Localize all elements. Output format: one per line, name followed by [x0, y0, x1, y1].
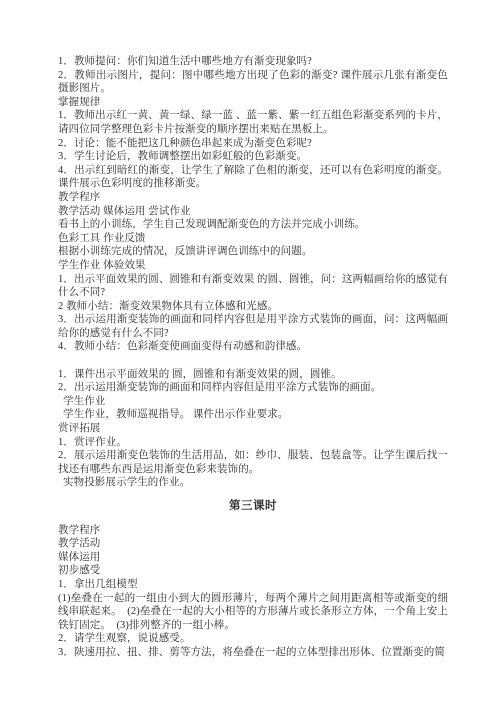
paragraph: (1)垒叠在一起的一组由小到大的圆形薄片，每两个薄片之间用距离相等或渐变的细线串…: [58, 592, 448, 633]
section-label: 色彩工具 作业反馈: [58, 232, 448, 246]
paragraph: 根据小训练完成的情况，反馈讲评调色训练中的问题。: [58, 245, 448, 259]
section-heading: 第三课时: [58, 500, 448, 514]
numbered-item: 1．教师提问：你们知道生活中哪些地方有渐变现象吗?: [58, 55, 448, 69]
section-label: 教学程序: [58, 191, 448, 205]
numbered-item: 4．教师小结：色彩渐变使画面变得有动感和韵律感。: [58, 340, 448, 354]
section-label: 赏评拓展: [58, 422, 448, 436]
numbered-item: 3．陕速用拉、扭、排、剪等方法，将垒叠在一起的立体型排出形体、位置渐变的简: [58, 646, 448, 660]
document-content: 1．教师提问：你们知道生活中哪些地方有渐变现象吗? 2．教师出示图片，提问：图中…: [58, 55, 448, 660]
numbered-item: 3．学生讨论后，教师调整摆出如彩虹般的色彩渐变。: [58, 150, 448, 164]
numbered-item: 1．课件出示平面效果的 圆，圆锥和有渐变效果的圆，圆锥。: [58, 368, 448, 382]
section-label: 教学活动: [58, 537, 448, 551]
numbered-item: 4．出示红到暗红的渐变，让学生了解除了色相的渐变，还可以有色彩明度的渐变。课件展…: [58, 164, 448, 191]
paragraph: 实物投影展示学生的作业。: [58, 476, 448, 490]
numbered-item: 2．展示运用渐变色装饰的生活用品，如：纱巾、服装、包装盒等。让学生课后找一找还有…: [58, 449, 448, 476]
section-label: 教学程序: [58, 524, 448, 538]
section-label: 学生作业: [58, 395, 448, 409]
numbered-item: 1．出示平面效果的圆、圆锥和有渐变效果 的圆、圆锥，问：这两幅画给你的感觉有什么…: [58, 273, 448, 300]
document-page: 1．教师提问：你们知道生活中哪些地方有渐变现象吗? 2．教师出示图片，提问：图中…: [0, 0, 500, 707]
numbered-item: 1．赏评作业。: [58, 436, 448, 450]
numbered-item: 2．教师出示图片，提问：图中哪些地方出现了色彩的渐变? 课件展示几张有渐变色摄影…: [58, 69, 448, 96]
section-label: 教学活动 媒体运用 尝试作业: [58, 205, 448, 219]
numbered-item: 1．教师出示红一黄、黄一绿、绿一蓝 、蓝一紫、紫一红五组色彩渐变系列的卡片，请四…: [58, 109, 448, 136]
section-label: 媒体运用: [58, 551, 448, 565]
numbered-item: 2．出示运用渐变装饰的画面和同样内容但是用平涂方式装饰的画面。: [58, 381, 448, 395]
numbered-item: 3．出示运用渐变装饰的画面和同样内容但是用平涂方式装饰的画面，问：这两幅画给你的…: [58, 313, 448, 340]
section-label: 掌握规律: [58, 96, 448, 110]
section-label: 初步感受: [58, 564, 448, 578]
numbered-item: 2．请学生观察，说说感受。: [58, 632, 448, 646]
paragraph: 学生作业，教师巡视指导。 课件出示作业要求。: [58, 408, 448, 422]
paragraph: 看书上的小训练，学生自己发现调配渐变色的方法并完成小训练。: [58, 218, 448, 232]
numbered-item: 2．讨论：能不能把这几种颜色串起来成为渐变色彩呢?: [58, 137, 448, 151]
numbered-item: 2 教师小结：渐变效果物体具有立体感和光感。: [58, 300, 448, 314]
section-label: 学生作业 体验效果: [58, 259, 448, 273]
numbered-item: 1．拿出几组模型: [58, 578, 448, 592]
